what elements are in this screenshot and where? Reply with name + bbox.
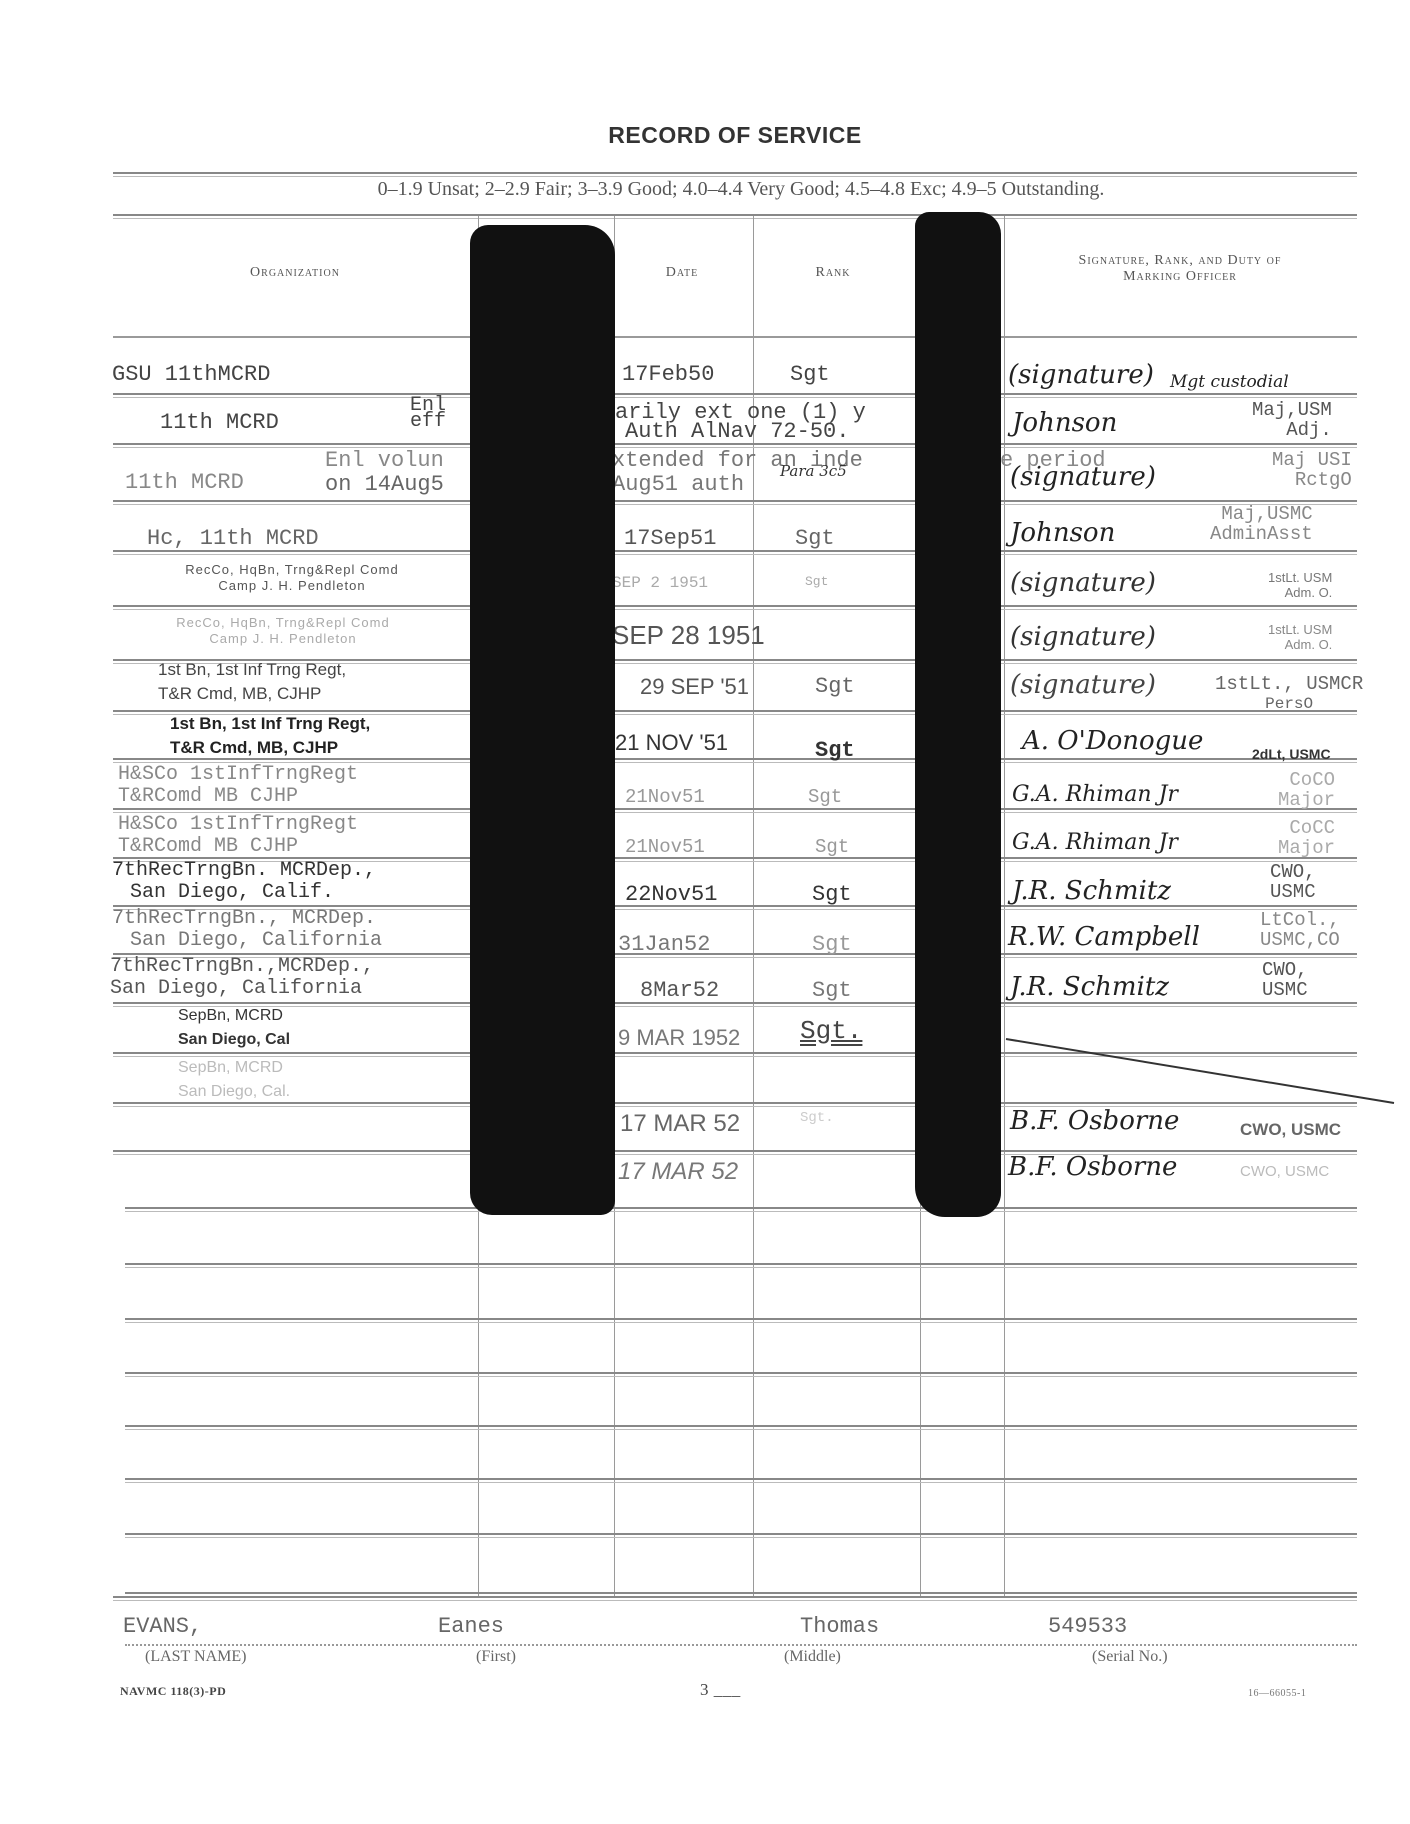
row-duty: 1stLt. USMAdm. O. [1268,570,1332,600]
row-duty: Maj USIRctgO [1272,450,1352,490]
column-header-organization: Organization [125,265,465,281]
last-name-value: EVANS, [123,1614,202,1639]
column-header-date: Date [614,265,750,281]
row-organization: RecCo, HqBn, Trng&Repl ComdCamp J. H. Pe… [118,615,448,647]
row-duty: CWO,USMC [1262,960,1308,1000]
row-signature: B.F. Osborne [1008,1152,1177,1182]
row-note: Enl eff [410,398,446,430]
row-rank: Sgt [790,362,830,387]
row-rule [113,605,1357,610]
row-date: 17Feb50 [622,362,714,387]
row-note: Para 3c5 [780,462,847,480]
row-signature: G.A. Rhiman Jr [1012,782,1178,807]
row-date: SEP 2 1951 [612,574,708,592]
footer-dotted-line [125,1644,1357,1646]
marking-scale: 0–1.9 Unsat; 2–2.9 Fair; 3–3.9 Good; 4.0… [125,178,1357,201]
row-signature: (signature) [1010,462,1156,492]
row-note: Aug51 auth [612,472,744,497]
column-header-signature: Signature, Rank, and Duty of Marking Off… [1003,253,1357,285]
top-rule [113,172,1357,177]
row-rule [125,1263,1357,1268]
row-rule [125,1533,1357,1538]
row-rule [125,1318,1357,1323]
row-rule [113,393,1357,398]
row-signature: J.R. Schmitz [1012,876,1171,906]
row-date: 21Nov51 [625,786,705,808]
row-signature: (signature) [1010,568,1156,598]
serial-number-label: (Serial No.) [1092,1648,1168,1666]
row-organization: 7thRecTrngBn., MCRDep.San Diego, Califor… [112,908,382,952]
row-organization: 1st Bn, 1st Inf Trng Regt,T&R Cmd, MB, C… [158,658,346,706]
row-signature: J.R. Schmitz [1010,972,1169,1002]
row-signature: Johnson [1010,518,1115,548]
form-number: NAVMC 118(3)-PD [120,1684,226,1699]
footer-top-rule [113,1596,1357,1601]
row-duty: CWO, USMC [1240,1120,1341,1140]
serial-number-value: 549533 [1048,1614,1127,1639]
row-signature: (signature) [1010,670,1156,700]
row-duty: Mgt custodial [1170,372,1289,392]
strike-line [1004,1035,1404,1105]
redaction-block [915,212,1001,1217]
row-duty: 1stLt. USMAdm. O. [1268,622,1332,652]
row-signature: A. O'Donogue [1022,726,1203,756]
signature-header-line2: Marking Officer [1003,269,1357,285]
row-note: Enl volun [325,448,444,473]
row-rule [113,500,1357,505]
row-duty: LtCol.,USMC,CO [1260,910,1340,950]
first-name-label: (First) [476,1648,516,1666]
row-date: 9 MAR 1952 [618,1025,740,1051]
row-note: on 14Aug5 [325,472,444,497]
row-note: Auth AlNav 72-50. [625,419,849,444]
header-top-rule [113,214,1357,219]
row-rank: Sgt [812,978,852,1003]
row-signature: (signature) [1010,622,1156,652]
row-date: 21Nov51 [625,836,705,858]
row-duty: Maj,USMCAdminAsst [1210,504,1313,544]
row-duty: Maj,USMAdj. [1252,400,1332,440]
row-date: 17 MAR 52 [620,1110,740,1138]
row-rank: Sgt [815,836,849,858]
middle-name-value: Thomas [800,1614,879,1639]
row-organization: H&SCo 1stInfTrngRegtT&RComd MB CJHP [118,814,358,858]
row-organization: SepBn, MCRDSan Diego, Cal. [178,1056,290,1104]
row-signature: (signature) [1008,360,1154,390]
row-organization: 11th MCRD [160,410,279,435]
row-duty: CWO, USMC [1240,1162,1329,1182]
row-signature: Johnson [1012,408,1117,438]
row-date: 21 NOV '51 [615,730,728,756]
row-date: 29 SEP '51 [640,674,749,700]
row-duty: CoCOMajor [1278,770,1335,810]
row-duty: CWO,USMC [1270,862,1316,902]
row-organization: 1st Bn, 1st Inf Trng Regt,T&R Cmd, MB, C… [170,712,370,760]
row-date: 8Mar52 [640,978,719,1003]
redaction-block [470,225,615,1215]
print-code: 16—66055-1 [1248,1688,1306,1699]
row-organization: 7thRecTrngBn.,MCRDep.,San Diego, Califor… [110,956,374,1000]
row-signature: R.W. Campbell [1008,922,1200,952]
middle-name-label: (Middle) [784,1648,841,1666]
last-name-label: (LAST NAME) [145,1648,246,1666]
row-rule [125,1425,1357,1430]
signature-header-line1: Signature, Rank, and Duty of [1003,253,1357,269]
row-rule [125,1207,1357,1212]
row-duty: 2dLt, USMC [1252,744,1331,764]
row-organization: 11th MCRD [125,470,244,495]
row-signature: G.A. Rhiman Jr [1012,830,1178,855]
first-name-value: Eanes [438,1614,504,1639]
row-organization: RecCo, HqBn, Trng&Repl ComdCamp J. H. Pe… [122,562,462,594]
row-rank: Sgt [795,526,835,551]
row-duty: 1stLt., USMCRPersO [1215,674,1363,714]
row-date: 17 MAR 52 [618,1158,738,1186]
page-title: RECORD OF SERVICE [0,122,1410,149]
row-rank: Sgt [815,738,855,763]
row-rank: Sgt. [800,1110,834,1126]
row-organization: 7thRecTrngBn. MCRDep.,San Diego, Calif. [112,860,376,904]
row-rule [125,1372,1357,1377]
row-rank: Sgt [812,882,852,907]
page-number: 3 ___ [700,1680,741,1700]
row-rule [125,1478,1357,1483]
header-bottom-rule [113,336,1357,338]
column-header-rank: Rank [750,265,916,281]
row-duty: CoCCMajor [1278,818,1335,858]
row-date: 22Nov51 [625,882,717,907]
row-organization: Hc, 11th MCRD [147,526,319,551]
row-organization: GSU 11thMCRD [112,362,270,387]
row-organization: H&SCo 1stInfTrngRegtT&RComd MB CJHP [118,764,358,808]
row-organization: SepBn, MCRDSan Diego, Cal [178,1004,290,1052]
row-rank: Sgt [815,674,855,699]
row-rule [113,1002,1357,1007]
row-signature: B.F. Osborne [1010,1106,1179,1136]
row-date: 31Jan52 [618,932,710,957]
row-rank: Sgt [808,786,842,808]
row-date: SEP 28 1951 [612,620,765,651]
row-rank: Sgt [812,932,852,957]
row-rank: Sgt. [800,1016,862,1046]
row-date: 17Sep51 [624,526,716,551]
row-rank: Sgt [805,574,828,589]
